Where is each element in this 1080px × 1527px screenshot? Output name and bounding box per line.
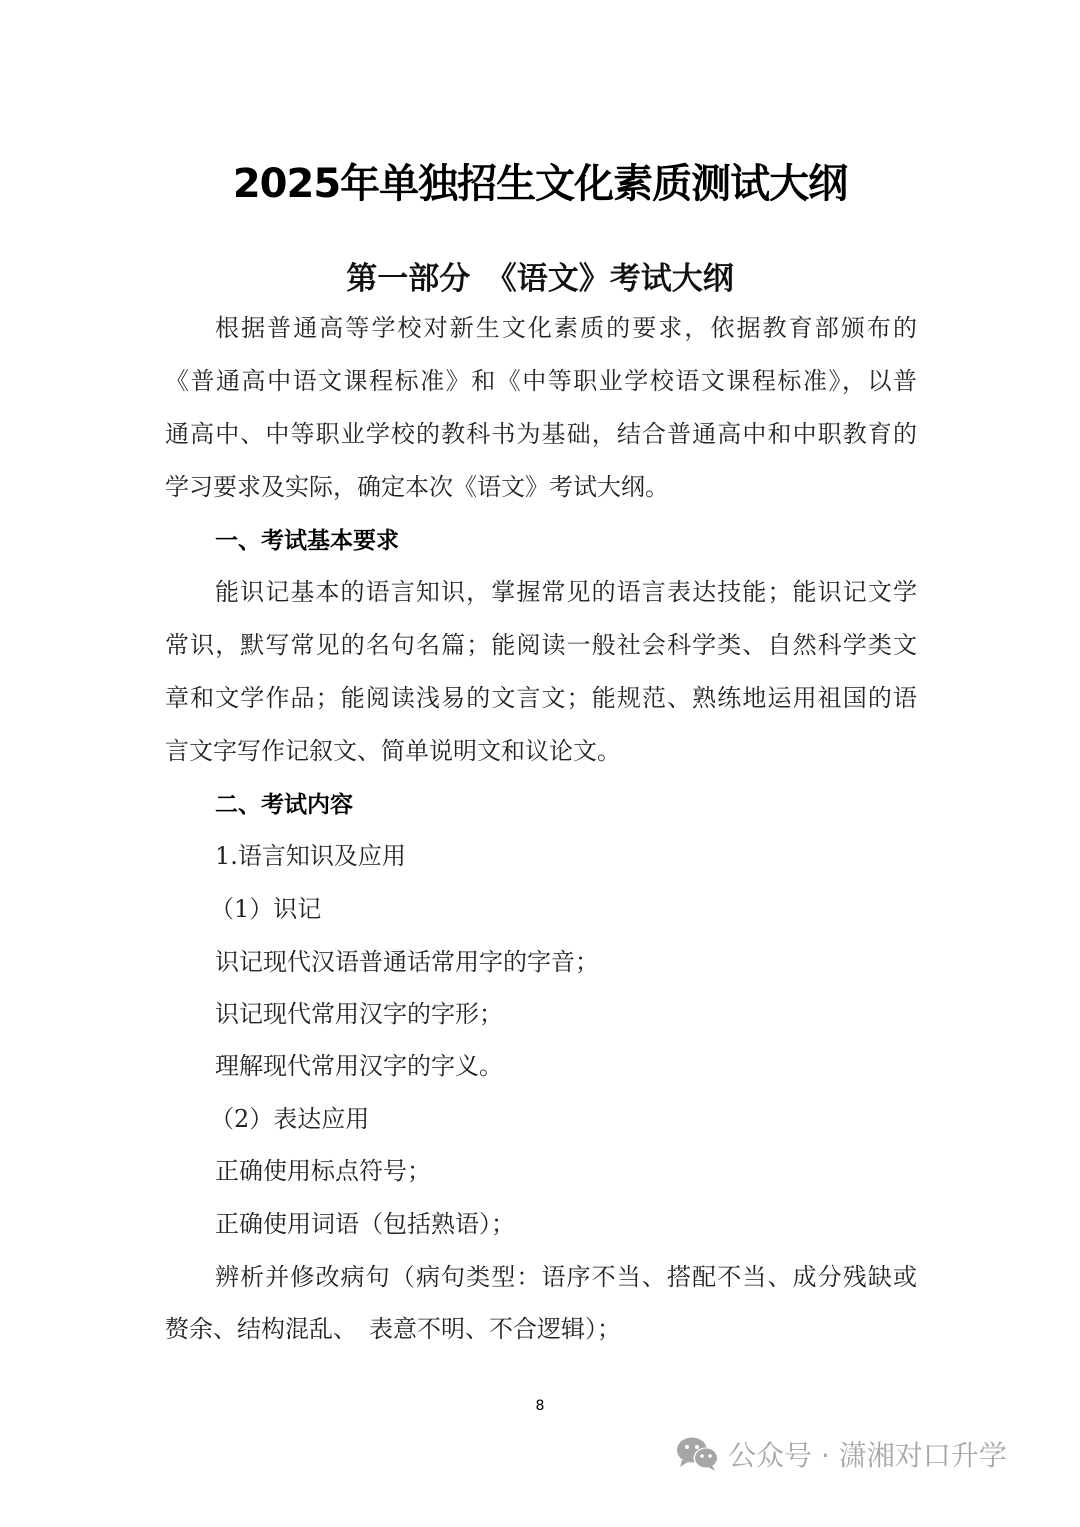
wechat-icon: [676, 1436, 720, 1472]
expression-line-2: 正确使用词语（包括熟语）；: [215, 1208, 975, 1240]
sub-item-memorize: （1）识记: [210, 893, 970, 925]
section1-line-1: 能识记基本的语言知识，掌握常见的语言表达技能；能识记文学: [215, 576, 917, 608]
sub-item-expression: （2）表达应用: [210, 1103, 970, 1135]
page-number: 8: [530, 1398, 550, 1414]
expression-line-4: 赘余、结构混乱、 表意不明、不合逻辑）；: [165, 1313, 925, 1345]
section1-line-4: 言文字写作记叙文、简单说明文和议论文。: [165, 735, 925, 767]
intro-line-3: 通高中、中等职业学校的教科书为基础，结合普通高中和中职教育的: [165, 418, 917, 450]
part-title: 第一部分 《语文》考试大纲: [0, 253, 1080, 298]
section-heading-basic-requirements: 一、考试基本要求: [215, 525, 975, 557]
expression-line-3: 辨析并修改病句（病句类型：语序不当、搭配不当、成分残缺或: [215, 1261, 917, 1293]
intro-line-4: 学习要求及实际，确定本次《语文》考试大纲。: [165, 471, 925, 503]
intro-line-2: 《普通高中语文课程标准》和《中等职业学校语文课程标准》，以普: [165, 365, 917, 397]
watermark-text: 公众号 · 潇湘对口升学: [728, 1434, 1007, 1474]
section-heading-exam-content: 二、考试内容: [215, 789, 975, 821]
memorize-line-1: 识记现代汉语普通话常用字的字音；: [215, 946, 975, 978]
memorize-line-2: 识记现代常用汉字的字形；: [215, 998, 975, 1030]
memorize-line-3: 理解现代常用汉字的字义。: [215, 1050, 975, 1082]
item-language-knowledge: 1.语言知识及应用: [215, 840, 975, 872]
document-page: 2025年单独招生文化素质测试大纲 第一部分 《语文》考试大纲 根据普通高等学校…: [0, 0, 1080, 1527]
section1-line-3: 章和文学作品；能阅读浅易的文言文；能规范、熟练地运用祖国的语: [165, 682, 917, 714]
expression-line-1: 正确使用标点符号；: [215, 1155, 975, 1187]
watermark: 公众号 · 潇湘对口升学: [676, 1434, 1007, 1474]
section1-line-2: 常识，默写常见的名句名篇；能阅读一般社会科学类、自然科学类文: [165, 629, 917, 661]
document-title: 2025年单独招生文化素质测试大纲: [0, 152, 1080, 209]
intro-line-1: 根据普通高等学校对新生文化素质的要求，依据教育部颁布的: [215, 312, 917, 344]
